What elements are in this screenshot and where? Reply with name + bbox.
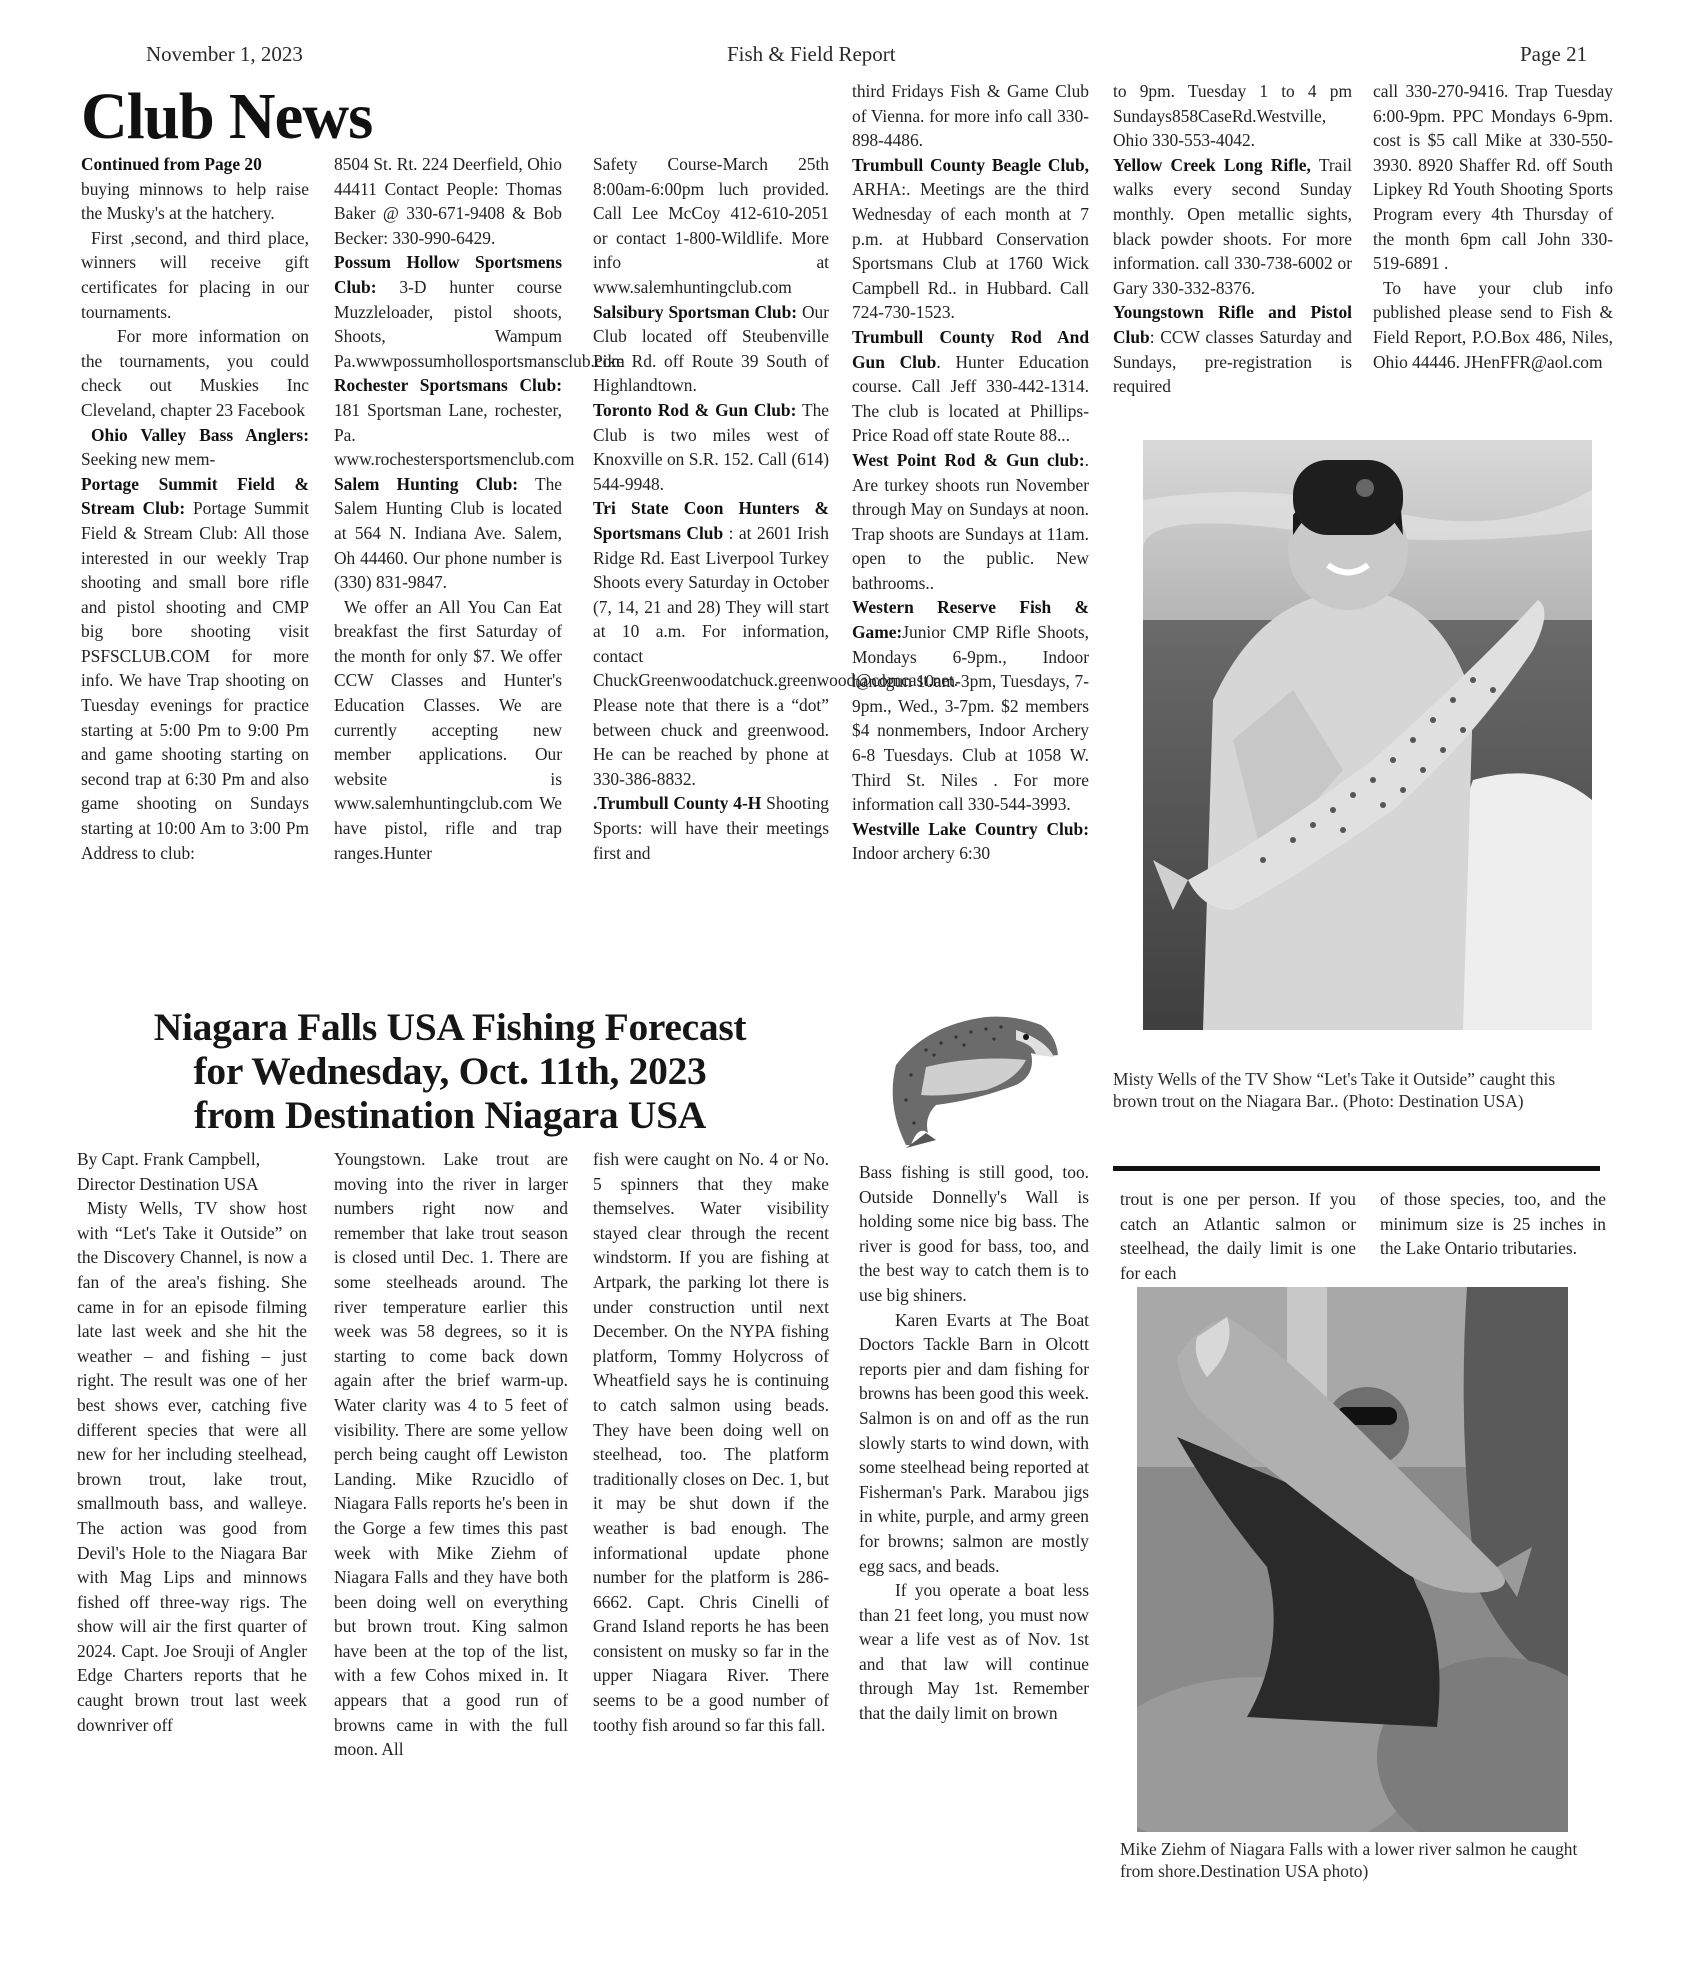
paragraph: If you operate a boat less than 21 feet … — [859, 1578, 1089, 1726]
headline-line-3: from Destination Niagara USA — [92, 1093, 808, 1137]
paragraph: to 9pm. Tuesday 1 to 4 pm Sundays858Case… — [1113, 79, 1352, 153]
publication-name: Fish & Field Report — [727, 42, 896, 67]
club-name: Ohio Valley Bass Anglers: — [91, 425, 309, 445]
club-name: .Trumbull County 4-H — [593, 793, 761, 813]
article-column-6: of those species, too, and the minimum s… — [1380, 1187, 1606, 1261]
paragraph: First ,second, and third place, winners … — [81, 226, 309, 324]
club-name: Rochester Sportsmans Club: — [334, 375, 562, 395]
club-description: Junior CMP Rifle Shoots, Mondays 6-9pm.,… — [852, 622, 1089, 814]
club-news-column-6: call 330-270-9416. Trap Tuesday 6:00-9pm… — [1373, 79, 1613, 374]
paragraph: For more information on the tournaments,… — [81, 324, 309, 422]
paragraph: We offer an All You Can Eat breakfast th… — [334, 595, 562, 866]
paragraph: fish were caught on No. 4 or No. 5 spinn… — [593, 1147, 829, 1737]
article-column-4: Bass fishing is still good, too. Outside… — [859, 1160, 1089, 1726]
photo-mike-ziehm-salmon — [1137, 1287, 1568, 1832]
article-column-1: By Capt. Frank Campbell, Director Destin… — [77, 1147, 307, 1737]
paragraph: call 330-270-9416. Trap Tuesday 6:00-9pm… — [1373, 79, 1613, 276]
paragraph: Karen Evarts at The Boat Doctors Tackle … — [859, 1308, 1089, 1579]
club-description: ARHA:. Meetings are the third Wednesday … — [852, 179, 1089, 322]
club-news-column-5: to 9pm. Tuesday 1 to 4 pm Sundays858Case… — [1113, 79, 1352, 399]
paragraph: of those species, too, and the minimum s… — [1380, 1187, 1606, 1261]
headline-line-1: Niagara Falls USA Fishing Forecast — [92, 1005, 808, 1049]
photo1-caption: Misty Wells of the TV Show “Let's Take i… — [1113, 1068, 1603, 1112]
club-description: : CCW classes Saturday and Sundays, pre-… — [1113, 327, 1352, 396]
paragraph: Safety Course-March 25th 8:00am-6:00pm l… — [593, 152, 829, 300]
club-name: Westville Lake Country Club: — [852, 819, 1089, 839]
photo-man-with-salmon-icon — [1137, 1287, 1568, 1832]
section-title: Club News — [81, 82, 372, 152]
continued-note: Continued from Page 20 — [81, 154, 262, 174]
issue-date: November 1, 2023 — [146, 42, 303, 67]
club-name: Salem Hunting Club: — [334, 474, 518, 494]
club-name: West Point Rod & Gun club: — [852, 450, 1085, 470]
photo-misty-wells-brown-trout — [1143, 440, 1592, 1030]
paragraph: buying minnows to help raise the Musky's… — [81, 177, 309, 226]
club-name: Trumbull County Beagle Club, — [852, 155, 1089, 175]
article-headline: Niagara Falls USA Fishing Forecast for W… — [92, 1005, 808, 1137]
club-description: Trail walks every second Sunday monthly.… — [1113, 155, 1352, 298]
club-description: Portage Summit Field & Stream Club: All … — [81, 498, 309, 862]
article-column-2: Youngstown. Lake trout are moving into t… — [334, 1147, 568, 1762]
club-news-column-3: Safety Course-March 25th 8:00am-6:00pm l… — [593, 152, 829, 865]
photo-woman-with-trout-icon — [1143, 440, 1592, 1030]
paragraph: Bass fishing is still good, too. Outside… — [859, 1160, 1089, 1308]
club-description: Seeking new mem- — [81, 449, 215, 469]
paragraph: third Fridays Fish & Game Club of Vienna… — [852, 79, 1089, 153]
club-description: 3-D hunter course Muzzleloader, pistol s… — [334, 277, 625, 371]
club-news-column-2: 8504 St. Rt. 224 Deerfield, Ohio 44411 C… — [334, 152, 562, 865]
club-description: 181 Sportsman Lane, rochester, Pa. www.r… — [334, 400, 574, 469]
paragraph: Misty Wells, TV show host with “Let's Ta… — [77, 1196, 307, 1737]
club-name: Salsibury Sportsman Club: — [593, 302, 797, 322]
submission-note: To have your club info published please … — [1373, 276, 1613, 374]
paragraph: trout is one per person. If you catch an… — [1120, 1187, 1356, 1285]
page-number: Page 21 — [1520, 42, 1587, 67]
club-description: . Are turkey shoots run November through… — [852, 450, 1089, 593]
paragraph: 8504 St. Rt. 224 Deerfield, Ohio 44411 C… — [334, 152, 562, 250]
club-name: Yellow Creek Long Rifle, — [1113, 155, 1311, 175]
photo2-caption: Mike Ziehm of Niagara Falls with a lower… — [1120, 1838, 1600, 1882]
byline: By Capt. Frank Campbell, Director Destin… — [77, 1147, 307, 1196]
club-news-column-1: Continued from Page 20 buying minnows to… — [81, 152, 309, 865]
article-column-3: fish were caught on No. 4 or No. 5 spinn… — [593, 1147, 829, 1737]
club-news-column-4: third Fridays Fish & Game Club of Vienna… — [852, 79, 1089, 866]
paragraph: Youngstown. Lake trout are moving into t… — [334, 1147, 568, 1762]
club-description: Indoor archery 6:30 — [852, 843, 990, 863]
article-column-5: trout is one per person. If you catch an… — [1120, 1187, 1356, 1285]
leaping-trout-icon — [866, 1005, 1062, 1148]
section-divider — [1113, 1166, 1600, 1171]
club-name: Toronto Rod & Gun Club: — [593, 400, 796, 420]
headline-line-2: for Wednesday, Oct. 11th, 2023 — [92, 1049, 808, 1093]
